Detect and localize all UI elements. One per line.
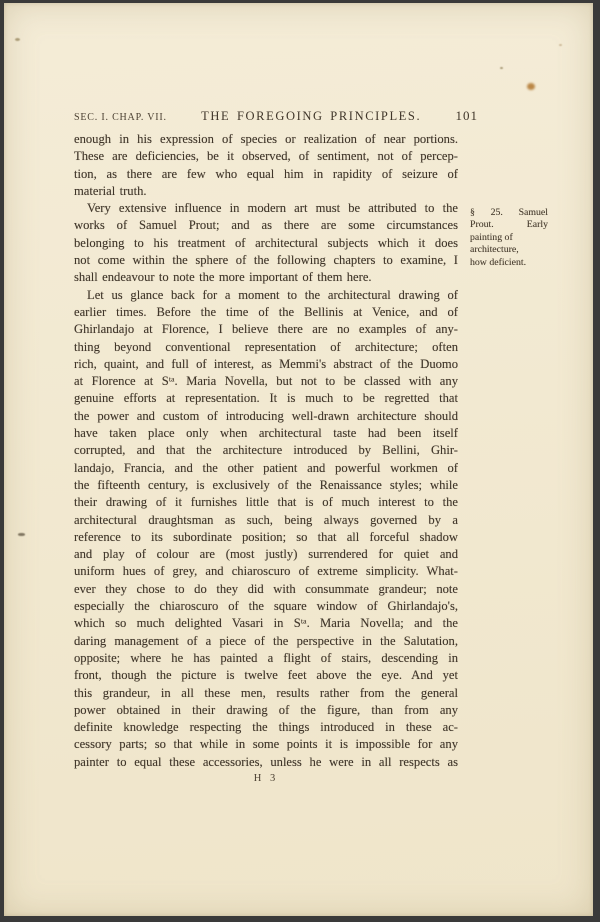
fox-spot (559, 44, 562, 46)
text-line: ever they chose to do they did with cons… (74, 581, 458, 598)
book-page: SEC. I. CHAP. VII. THE FOREGOING PRINCIP… (4, 3, 593, 916)
text-line: their drawing of it furnishes little tha… (74, 494, 458, 511)
text-line: have taken place only when architectural… (74, 425, 458, 442)
margin-note-line: architecture, (470, 244, 548, 256)
text-line: genuine efforts at representation. It is… (74, 390, 458, 407)
margin-note-line: how deficient. (470, 257, 548, 269)
paragraph: enough in his expression of species or r… (74, 131, 458, 200)
text-line: uniform hues of grey, and chiaroscuro of… (74, 563, 458, 580)
text-line: shall endeavour to note the more importa… (74, 269, 458, 286)
fox-spot (527, 83, 535, 90)
text-line: the fifteenth century, is exclusively of… (74, 477, 458, 494)
text-line: which so much delighted Vasari in Sᵗᵃ. M… (74, 615, 458, 632)
text-line: this grandeur, in all these men, results… (74, 685, 458, 702)
text-line: front, though the picture is twelve feet… (74, 667, 458, 684)
margin-note: § 25. SamuelProut. Earlypainting ofarchi… (470, 207, 548, 269)
body-text: enough in his expression of species or r… (74, 131, 458, 771)
paragraph: Very extensive influence in modern art m… (74, 200, 458, 286)
margin-note-line: Prout. Early (470, 219, 548, 231)
text-line: Ghirlandajo at Florence, I believe there… (74, 321, 458, 338)
text-line: architectural draughtsman as such, being… (74, 512, 458, 529)
header-section-chapter: SEC. I. CHAP. VII. (74, 112, 167, 123)
text-line: thing beyond conventional representation… (74, 339, 458, 356)
text-line: daring management of a piece of the pers… (74, 633, 458, 650)
text-line: material truth. (74, 183, 458, 200)
text-line: Very extensive influence in modern art m… (74, 200, 458, 217)
scan-background-frame: SEC. I. CHAP. VII. THE FOREGOING PRINCIP… (0, 0, 600, 922)
text-line: painter to equal these accessories, unle… (74, 754, 458, 771)
text-line: These are deficiencies, be it observed, … (74, 148, 458, 165)
text-line: power obtained in their drawing of the f… (74, 702, 458, 719)
text-line: works of Samuel Prout; and as there are … (74, 217, 458, 234)
text-line: not come within the sphere of the follow… (74, 252, 458, 269)
text-line: Let us glance back for a moment to the a… (74, 287, 458, 304)
paragraph: Let us glance back for a moment to the a… (74, 287, 458, 771)
text-line: opposite; where he has painted a flight … (74, 650, 458, 667)
fox-spot (500, 67, 503, 69)
header-title: THE FOREGOING PRINCIPLES. (167, 109, 456, 124)
text-line: corrupted, and that the architecture int… (74, 442, 458, 459)
text-line: especially the chiaroscuro of the square… (74, 598, 458, 615)
margin-note-line: § 25. Samuel (470, 207, 548, 219)
text-line: landajo, Francia, and the other patient … (74, 460, 458, 477)
text-line: definite knowledge respecting the things… (74, 719, 458, 736)
text-line: earlier times. Before the time of the Be… (74, 304, 458, 321)
text-line: and play of colour are (most justly) sur… (74, 546, 458, 563)
text-line: belonging to his treatment of architectu… (74, 235, 458, 252)
text-line: the power and custom of introducing well… (74, 408, 458, 425)
page-number: 101 (456, 108, 479, 124)
text-line: at Florence at Sᵗᵃ. Maria Novella, but n… (74, 373, 458, 390)
text-line: enough in his expression of species or r… (74, 131, 458, 148)
signature-mark: H 3 (74, 773, 458, 784)
running-header: SEC. I. CHAP. VII. THE FOREGOING PRINCIP… (74, 108, 478, 124)
margin-note-line: painting of (470, 232, 548, 244)
text-line: rich, quaint, and full of interest, as M… (74, 356, 458, 373)
text-line: reference to its subordinate position; s… (74, 529, 458, 546)
text-line: tion, as there are few who equal him in … (74, 166, 458, 183)
fox-spot (18, 533, 25, 536)
text-line: cessory parts; so that while in some poi… (74, 736, 458, 753)
fox-spot (15, 38, 20, 41)
